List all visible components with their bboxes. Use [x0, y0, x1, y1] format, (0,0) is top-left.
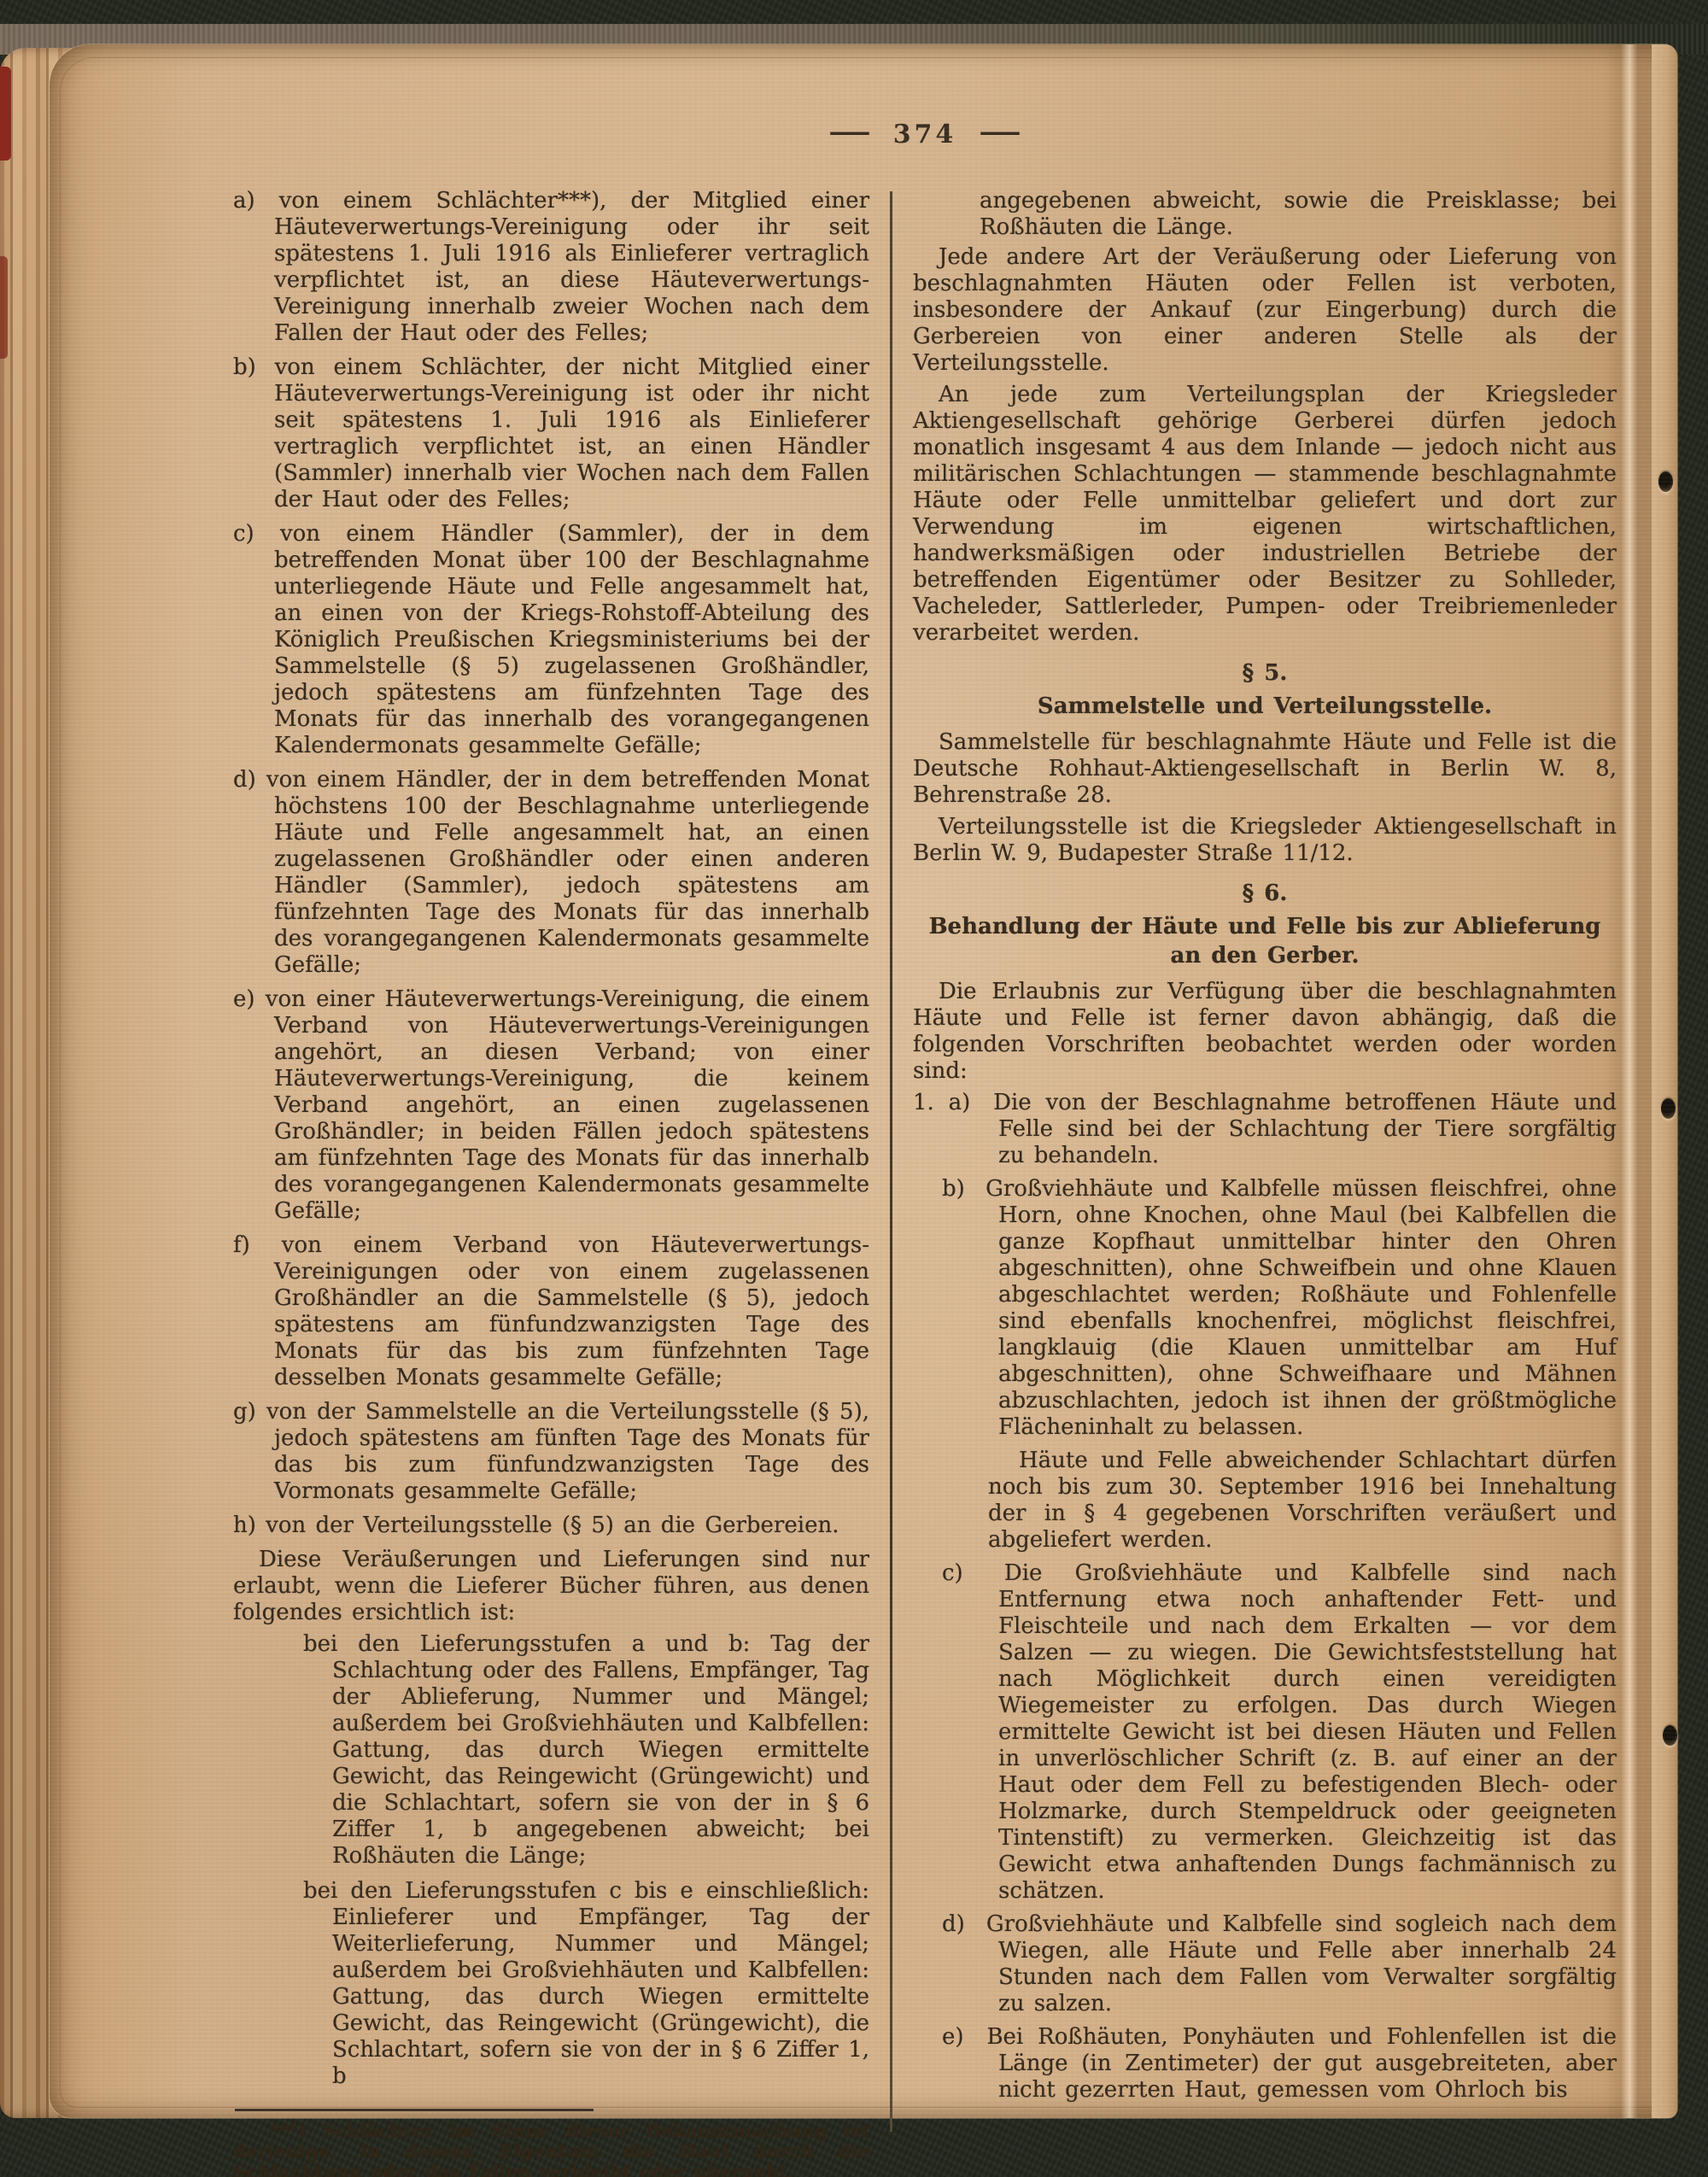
- punch-hole: [1663, 1725, 1677, 1746]
- numbered-item-b: b) Großviehhäute und Kalbfelle müssen fl…: [913, 1176, 1617, 1441]
- item-text: von einem Schlächter, der nicht Mitglied…: [274, 354, 869, 512]
- item-label: d): [233, 767, 256, 793]
- item-label: b): [233, 354, 256, 380]
- paragraph: Diese Veräußerungen und Lieferungen sind…: [233, 1547, 869, 1626]
- paragraph: Sammelstelle für beschlagnahmte Häute un…: [913, 729, 1617, 809]
- page-header: —374—: [233, 120, 1617, 149]
- list-item-d: d) von einem Händler, der in dem betreff…: [233, 767, 869, 979]
- red-edge-mark: [0, 256, 8, 359]
- list-item-g: g) von der Sammelstelle an die Verteilun…: [233, 1399, 869, 1505]
- text-block: a) von einem Schlächter***), der Mitglie…: [233, 188, 1617, 2177]
- red-edge-mark: [0, 67, 11, 161]
- list-item-c: c) von einem Händler (Sammler), der in d…: [233, 521, 869, 759]
- item-text: Großviehhäute und Kalbfelle sind sogleic…: [986, 1911, 1617, 2016]
- paragraph: Jede andere Art der Veräußerung oder Lie…: [913, 244, 1617, 377]
- left-column: a) von einem Schlächter***), der Mitglie…: [233, 188, 869, 2177]
- item-label: b): [942, 1176, 974, 1202]
- item-text: Die Großviehhäute und Kalbfelle sind nac…: [998, 1560, 1617, 1904]
- punch-hole: [1661, 1098, 1676, 1119]
- section-6-heading: § 6.: [913, 881, 1617, 907]
- sub-item: bei den Lieferungsstufen c bis e einschl…: [233, 1878, 869, 2090]
- item-text: von einem Händler, der in dem betreffend…: [266, 767, 869, 978]
- numbered-item-d: d) Großviehhäute und Kalbfelle sind sogl…: [913, 1911, 1617, 2017]
- numbered-item-c: c) Die Großviehhäute und Kalbfelle sind …: [913, 1560, 1617, 1905]
- item-text: von einem Verband von Häuteverwertungs-V…: [274, 1232, 869, 1390]
- item-text: Die von der Beschlagnahme betroffenen Hä…: [993, 1090, 1617, 1168]
- header-dash: —: [979, 117, 1022, 147]
- item-text: von der Sammelstelle an die Verteilungss…: [266, 1399, 869, 1504]
- item-text: Häute und Felle abweichender Schlachtart…: [988, 1448, 1617, 1553]
- page-number: 374: [893, 120, 957, 149]
- item-label: c): [233, 521, 254, 547]
- header-dash: —: [828, 117, 871, 147]
- paragraph: An jede zum Verteilungsplan der Kriegsle…: [913, 382, 1617, 647]
- item-label: h): [233, 1513, 256, 1538]
- list-item-h: h) von der Verteilungsstelle (§ 5) an di…: [233, 1513, 869, 1539]
- book-page: —374— a) von einem Schlächter***), der M…: [50, 44, 1677, 2118]
- item-text: von einer Häuteverwertungs-Vereinigung, …: [266, 986, 869, 1224]
- section-6-title: Behandlung der Häute und Felle bis zur A…: [913, 912, 1617, 970]
- continuation-text: angegebenen abweicht, sowie die Preiskla…: [913, 188, 1617, 241]
- right-column: angegebenen abweicht, sowie die Preiskla…: [913, 188, 1617, 2177]
- item-label: g): [233, 1399, 256, 1425]
- item-text: von einem Schlächter***), der Mitglied e…: [274, 188, 869, 346]
- item-text: Bei Roßhäuten, Ponyhäuten und Fohlenfell…: [986, 2024, 1617, 2103]
- item-label: c): [942, 1560, 972, 1586]
- list-item-e: e) von einer Häuteverwertungs-Vereinigun…: [233, 986, 869, 1225]
- book-photo: —374— a) von einem Schlächter***), der M…: [0, 0, 1708, 2177]
- list-item-b: b) von einem Schlächter, der nicht Mitgl…: [233, 354, 869, 513]
- item-label: f): [233, 1232, 250, 1258]
- section-5-heading: § 5.: [913, 660, 1617, 687]
- list-item-a: a) von einem Schlächter***), der Mitglie…: [233, 188, 869, 347]
- paragraph: Die Erlaubnis zur Verfügung über die bes…: [913, 979, 1617, 1085]
- item-label: 1. a): [913, 1090, 979, 1115]
- paragraph: Verteilungsstelle ist die Kriegsleder Ak…: [913, 814, 1617, 867]
- item-label: a): [233, 188, 255, 214]
- footnote-rule: [235, 2109, 594, 2111]
- list-item-f: f) von einem Verband von Häuteverwertung…: [233, 1232, 869, 1391]
- column-divider: [890, 191, 892, 2132]
- item-text: Großviehhäute und Kalbfelle müssen fleis…: [986, 1176, 1617, 1440]
- underlying-page-edge: [1652, 44, 1677, 2118]
- numbered-item-1a: 1. a) Die von der Beschlagnahme betroffe…: [913, 1090, 1617, 1169]
- item-label: e): [942, 2024, 973, 2050]
- sub-item: bei den Lieferungsstufen a und b: Tag de…: [233, 1631, 869, 1870]
- punch-hole: [1658, 471, 1673, 492]
- item-text: von der Verteilungsstelle (§ 5) an die G…: [266, 1513, 839, 1538]
- footnote: ***) Schlächter im Sinne dieser Bekanntm…: [233, 2121, 869, 2177]
- section-5-title: Sammelstelle und Verteilungsstelle.: [913, 692, 1617, 721]
- item-text: von einem Händler (Sammler), der in dem …: [274, 521, 869, 758]
- continuation-paragraph: Häute und Felle abweichender Schlachtart…: [913, 1448, 1617, 1554]
- item-label: e): [233, 986, 255, 1012]
- item-label: d): [942, 1911, 974, 1937]
- numbered-item-e: e) Bei Roßhäuten, Ponyhäuten und Fohlenf…: [913, 2024, 1617, 2104]
